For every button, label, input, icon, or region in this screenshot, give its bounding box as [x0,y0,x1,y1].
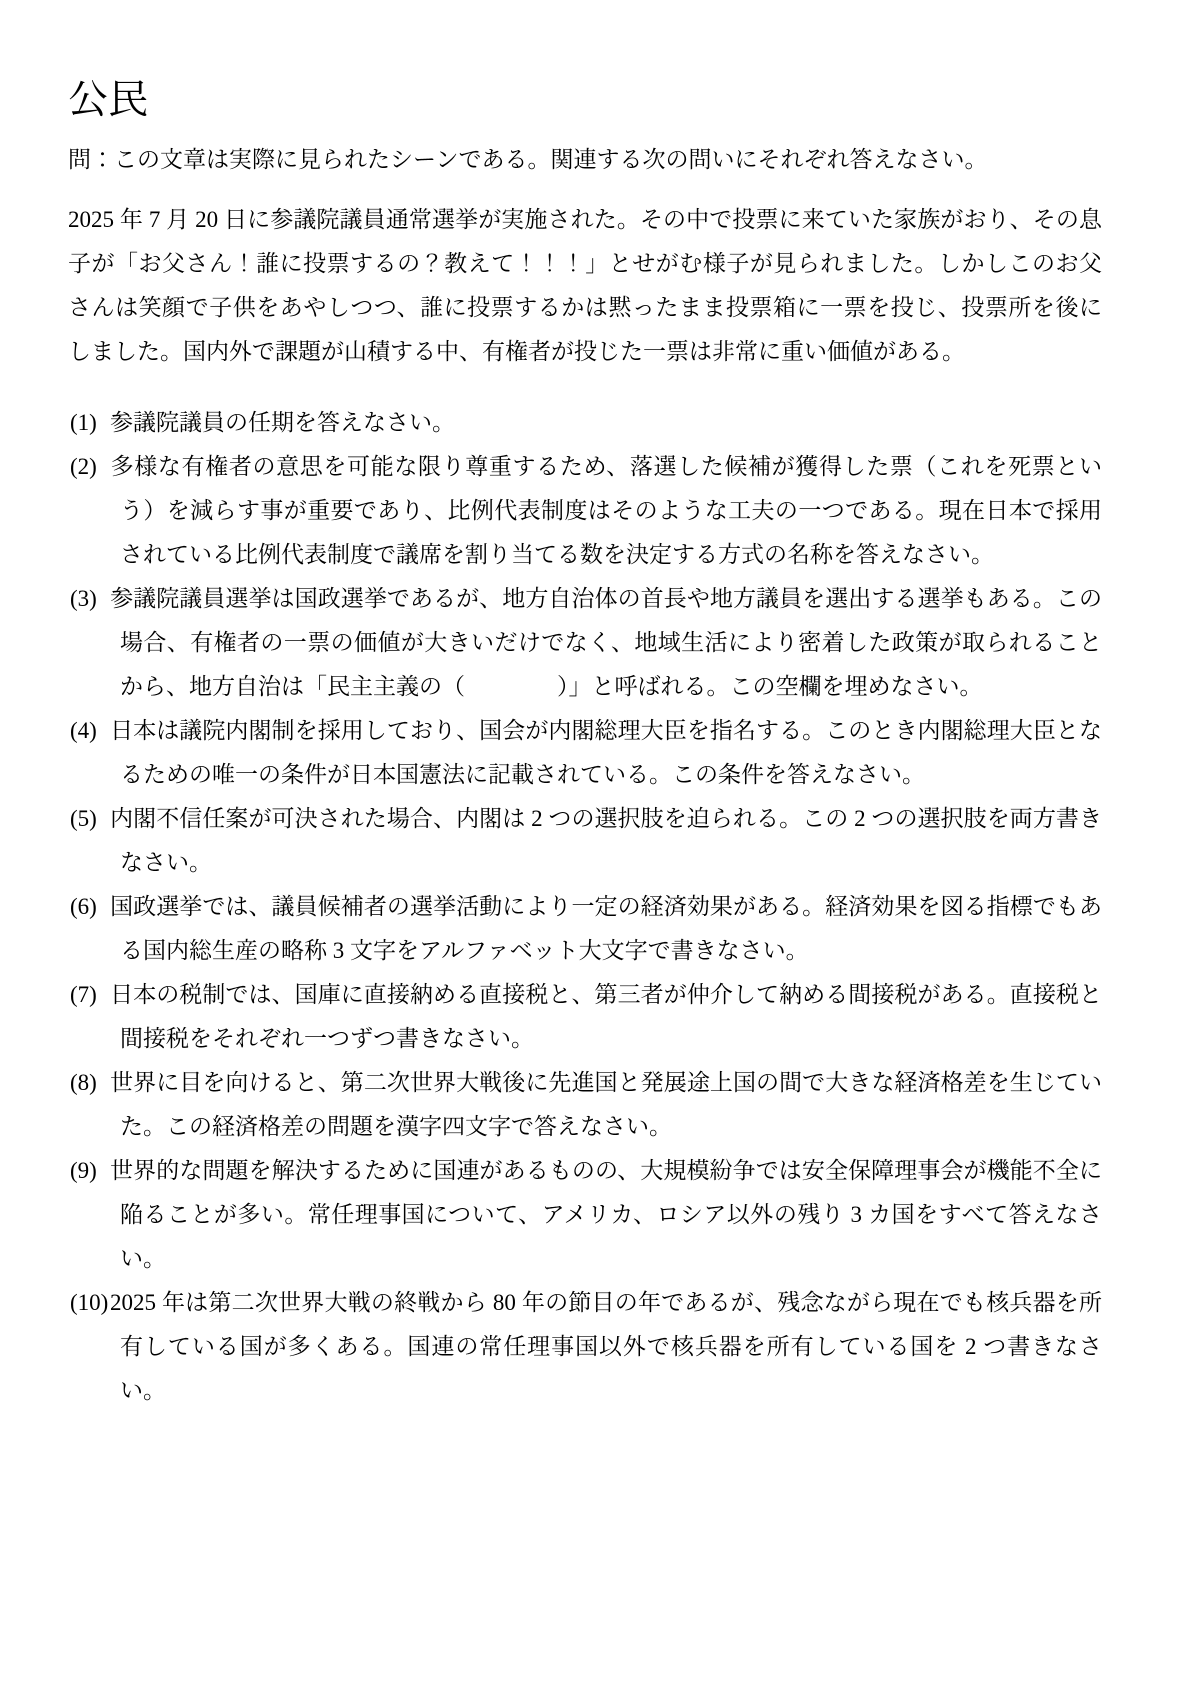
question-item-2: (2)多様な有権者の意思を可能な限り尊重するため、落選した候補が獲得した票（これ… [68,445,1102,577]
question-item-4: (4)日本は議院内閣制を採用しており、国会が内閣総理大臣を指名する。このとき内閣… [68,709,1102,797]
question-number: (1) [70,401,110,445]
question-number: (9) [70,1149,110,1193]
question-item-7: (7)日本の税制では、国庫に直接納める直接税と、第三者が仲介して納める間接税があ… [68,973,1102,1061]
question-number: (10) [70,1281,110,1325]
question-text: 参議院議員の任期を答えなさい。 [110,410,455,435]
question-number: (2) [70,445,110,489]
question-text: 世界に目を向けると、第二次世界大戦後に先進国と発展途上国の間で大きな経済格差を生… [110,1070,1102,1139]
question-item-5: (5)内閣不信任案が可決された場合、内閣は 2 つの選択肢を迫られる。この 2 … [68,797,1102,885]
question-number: (6) [70,885,110,929]
question-number: (8) [70,1061,110,1105]
page-title: 公民 [68,76,1102,124]
question-text: 内閣不信任案が可決された場合、内閣は 2 つの選択肢を迫られる。この 2 つの選… [110,806,1102,875]
exam-page: 公民 問：この文章は実際に見られたシーンである。関連する次の問いにそれぞれ答えな… [0,0,1190,1683]
question-number: (4) [70,709,110,753]
question-text: 国政選挙では、議員候補者の選挙活動により一定の経済効果がある。経済効果を図る指標… [110,894,1102,963]
question-item-9: (9)世界的な問題を解決するために国連があるものの、大規模紛争では安全保障理事会… [68,1149,1102,1281]
question-item-3: (3)参議院議員選挙は国政選挙であるが、地方自治体の首長や地方議員を選出する選挙… [68,577,1102,709]
exam-prompt: 問：この文章は実際に見られたシーンである。関連する次の問いにそれぞれ答えなさい。 [68,138,1102,182]
question-text: 日本は議院内閣制を採用しており、国会が内閣総理大臣を指名する。このとき内閣総理大… [110,718,1102,787]
question-number: (3) [70,577,110,621]
question-text: 参議院議員選挙は国政選挙であるが、地方自治体の首長や地方議員を選出する選挙もある… [110,586,1102,699]
question-item-1: (1)参議院議員の任期を答えなさい。 [68,401,1102,445]
question-text: 2025 年は第二次世界大戦の終戦から 80 年の節目の年であるが、残念ながら現… [110,1290,1102,1403]
question-text: 多様な有権者の意思を可能な限り尊重するため、落選した候補が獲得した票（これを死票… [110,454,1102,567]
question-number: (7) [70,973,110,1017]
question-text: 世界的な問題を解決するために国連があるものの、大規模紛争では安全保障理事会が機能… [110,1158,1102,1271]
question-list: (1)参議院議員の任期を答えなさい。 (2)多様な有権者の意思を可能な限り尊重す… [68,401,1102,1413]
question-item-10: (10)2025 年は第二次世界大戦の終戦から 80 年の節目の年であるが、残念… [68,1281,1102,1413]
question-number: (5) [70,797,110,841]
question-text: 日本の税制では、国庫に直接納める直接税と、第三者が仲介して納める間接税がある。直… [110,982,1102,1051]
lead-paragraph: 2025 年 7 月 20 日に参議院議員通常選挙が実施された。その中で投票に来… [68,198,1102,374]
question-item-8: (8)世界に目を向けると、第二次世界大戦後に先進国と発展途上国の間で大きな経済格… [68,1061,1102,1149]
question-item-6: (6)国政選挙では、議員候補者の選挙活動により一定の経済効果がある。経済効果を図… [68,885,1102,973]
